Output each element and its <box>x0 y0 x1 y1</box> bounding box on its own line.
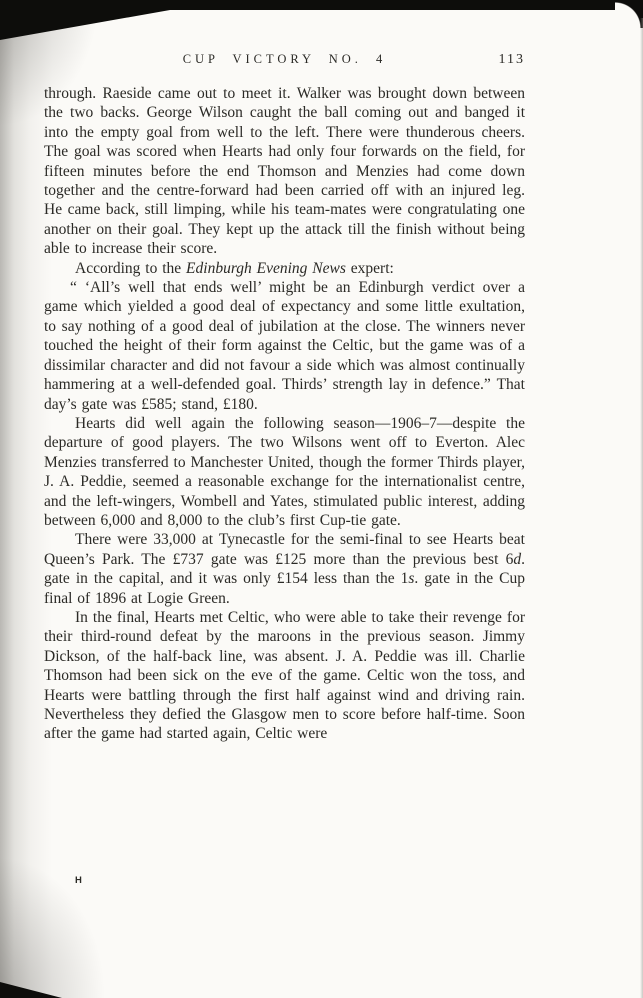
text-segment: According to the <box>75 260 186 277</box>
page-header: CUP VICTORY NO. 4 113 <box>44 52 525 70</box>
paragraph: According to the Edinburgh Evening News … <box>44 259 525 278</box>
scan-bottom-left-corner <box>0 982 62 998</box>
text-segment: Hearts did well again the following seas… <box>44 415 525 529</box>
paragraph: through. Raeside came out to meet it. Wa… <box>44 84 525 259</box>
text-body: through. Raeside came out to meet it. Wa… <box>44 84 525 744</box>
scan-top-left-edge <box>0 0 170 40</box>
text-segment: There were 33,000 at Tynecastle for the … <box>44 531 525 567</box>
text-segment: “ ‘All’s well that ends well’ might be a… <box>44 279 525 412</box>
text-segment: expert: <box>346 260 394 277</box>
paragraph: There were 33,000 at Tynecastle for the … <box>44 530 525 608</box>
page-number: 113 <box>499 52 525 68</box>
text-segment: In the final, Hearts met Celtic, who wer… <box>44 609 525 742</box>
italic-text: d <box>513 551 521 568</box>
text-block: CUP VICTORY NO. 4 113 through. Raeside c… <box>44 52 525 744</box>
book-page-scan: CUP VICTORY NO. 4 113 through. Raeside c… <box>0 0 643 998</box>
scan-top-right-corner <box>615 0 643 28</box>
quote-paragraph: “ ‘All’s well that ends well’ might be a… <box>44 278 525 414</box>
italic-text: Edinburgh Evening News <box>186 260 346 277</box>
printer-signature-mark: H <box>75 875 82 886</box>
running-head: CUP VICTORY NO. 4 <box>44 52 525 67</box>
paragraph: In the final, Hearts met Celtic, who wer… <box>44 608 525 744</box>
text-segment: through. Raeside came out to meet it. Wa… <box>44 85 525 257</box>
paragraph: Hearts did well again the following seas… <box>44 414 525 530</box>
